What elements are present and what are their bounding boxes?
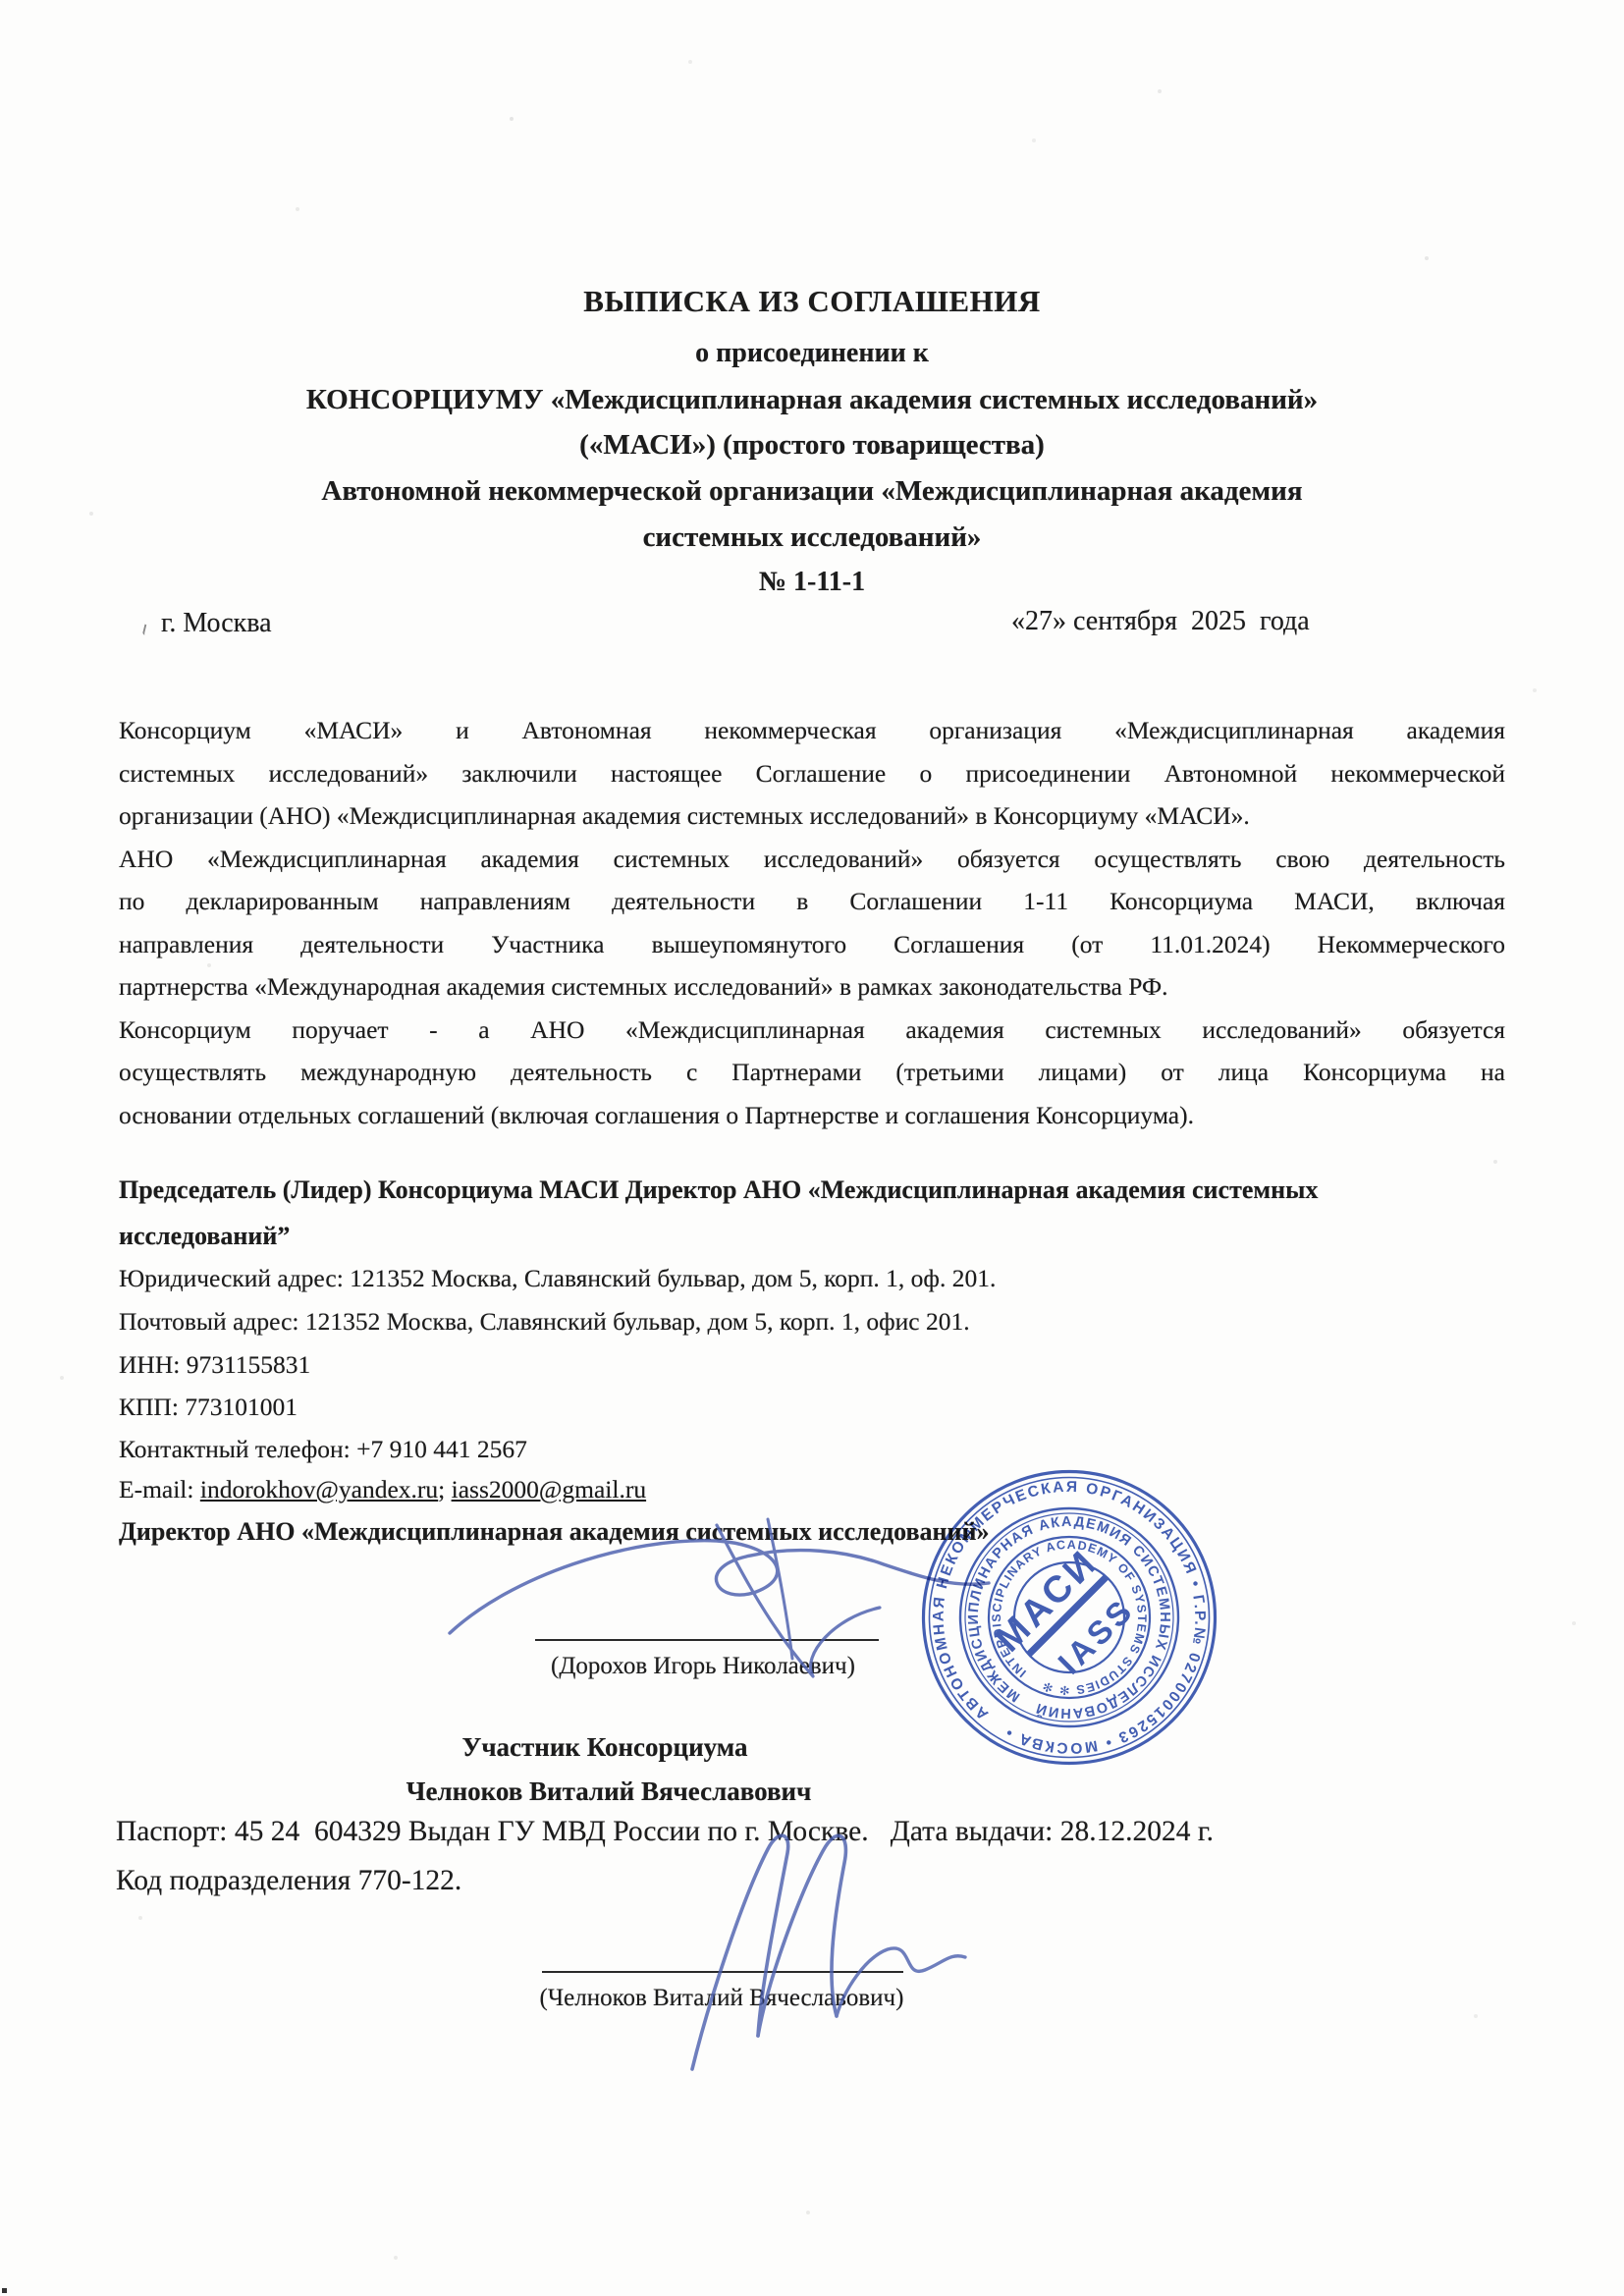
scan-speckles — [0, 0, 2, 2]
body-line: организации (АНО) «Междисциплинарная ака… — [119, 794, 1505, 838]
body-line: системных исследований» заключили настоя… — [119, 752, 1505, 795]
participant-role: Участник Консорциума — [0, 1732, 1210, 1763]
body-paragraph: Консорциум «МАСИ» и Автономная некоммерч… — [119, 709, 1505, 1136]
signature-stroke — [450, 1541, 989, 1633]
scan-comma-artifact — [142, 624, 150, 635]
chelnokov-signature-caption: (Челноков Виталий Вячеславович) — [0, 1985, 1443, 2012]
dorokhov-signature-caption: (Дорохов Игорь Николаевич) — [0, 1653, 1406, 1680]
email-separator: ; — [438, 1475, 451, 1503]
stamp-ring-circle — [965, 1513, 1173, 1722]
body-line: осуществлять международную деятельность … — [119, 1051, 1505, 1094]
phone-line: Контактный телефон: +7 910 441 2567 — [119, 1435, 527, 1464]
document-subtitle-5: системных исследований» — [0, 521, 1624, 554]
inn-line: ИНН: 9731155831 — [119, 1350, 310, 1380]
document-subtitle-2: КОНСОРЦИУМУ «Междисциплинарная академия … — [0, 384, 1624, 416]
participant-signature-line — [542, 1971, 903, 1973]
body-line: АНО «Междисциплинарная академия системны… — [119, 838, 1505, 881]
email-label: E-mail: — [119, 1475, 200, 1503]
body-line: по декларированным направлениям деятельн… — [119, 880, 1505, 923]
signature-stroke — [692, 1835, 788, 2069]
stamp-ring-circle — [960, 1508, 1178, 1726]
document-date: «27» сентября 2025 года — [1011, 606, 1310, 637]
stamp-center-line1: МАСИ — [988, 1542, 1107, 1661]
body-line: Консорциум «МАСИ» и Автономная некоммерч… — [119, 709, 1505, 752]
passport-line: Паспорт: 45 24 604329 Выдан ГУ МВД Росси… — [116, 1816, 1214, 1848]
svg-text:МЕЖДИСЦИПЛИНАРНАЯ АКАДЕМИЯ СИС: МЕЖДИСЦИПЛИНАРНАЯ АКАДЕМИЯ СИСТЕМНЫХ ИСС… — [966, 1514, 1172, 1721]
body-line: основании отдельных соглашений (включая … — [119, 1094, 1505, 1137]
email-line: E-mail: indorokhov@yandex.ru; iass2000@g… — [119, 1475, 646, 1504]
corner-speck — [2, 2288, 7, 2293]
document-subtitle-4: Автономной некоммерческой организации «М… — [0, 475, 1624, 508]
stamp-rings — [924, 1472, 1216, 1764]
division-code-line: Код подразделения 770-122. — [116, 1865, 461, 1897]
stamp-ring-circle — [924, 1472, 1216, 1764]
director-signature-line — [535, 1639, 879, 1641]
document-title: ВЫПИСКА ИЗ СОГЛАШЕНИЯ — [0, 284, 1624, 319]
postal-address-line: Почтовый адрес: 121352 Москва, Славянски… — [119, 1307, 970, 1337]
body-line: Консорциум поручает - а АНО «Междисципли… — [119, 1009, 1505, 1052]
document-city: г. Москва — [161, 608, 272, 639]
kpp-line: КПП: 773101001 — [119, 1393, 298, 1422]
stamp-center-bar — [1026, 1574, 1109, 1657]
chelnokov-signature-image — [560, 1822, 972, 2082]
document-number: № 1-11-1 — [0, 567, 1624, 598]
chairman-heading-line1: Председатель (Лидер) Консорциума МАСИ Ди… — [119, 1175, 1505, 1205]
chairman-heading-line2: исследований” — [119, 1222, 1505, 1251]
participant-name: Челноков Виталий Вячеславович — [0, 1777, 1218, 1807]
legal-address-line: Юридический адрес: 121352 Москва, Славян… — [119, 1264, 996, 1293]
document-subtitle-1: о присоединении к — [0, 338, 1624, 369]
email-primary: indorokhov@yandex.ru — [200, 1475, 438, 1503]
email-secondary: iass2000@gmail.ru — [452, 1475, 646, 1503]
body-line: партнерства «Международная академия сист… — [119, 965, 1505, 1009]
document-subtitle-3: («МАСИ») (простого товарищества) — [0, 429, 1624, 462]
body-line: направления деятельности Участника вышеу… — [119, 923, 1505, 966]
stamp-middle-ring-text: МЕЖДИСЦИПЛИНАРНАЯ АКАДЕМИЯ СИСТЕМНЫХ ИСС… — [966, 1514, 1172, 1721]
scanned-document-page: ВЫПИСКА ИЗ СОГЛАШЕНИЯ о присоединении к … — [0, 0, 1624, 2296]
official-stamp: АВТОНОМНАЯ НЕКОММЕРЧЕСКАЯ ОРГАНИЗАЦИЯ • … — [921, 1469, 1218, 1766]
director-title-line: Директор АНО «Междисциплинарная академия… — [119, 1517, 989, 1547]
